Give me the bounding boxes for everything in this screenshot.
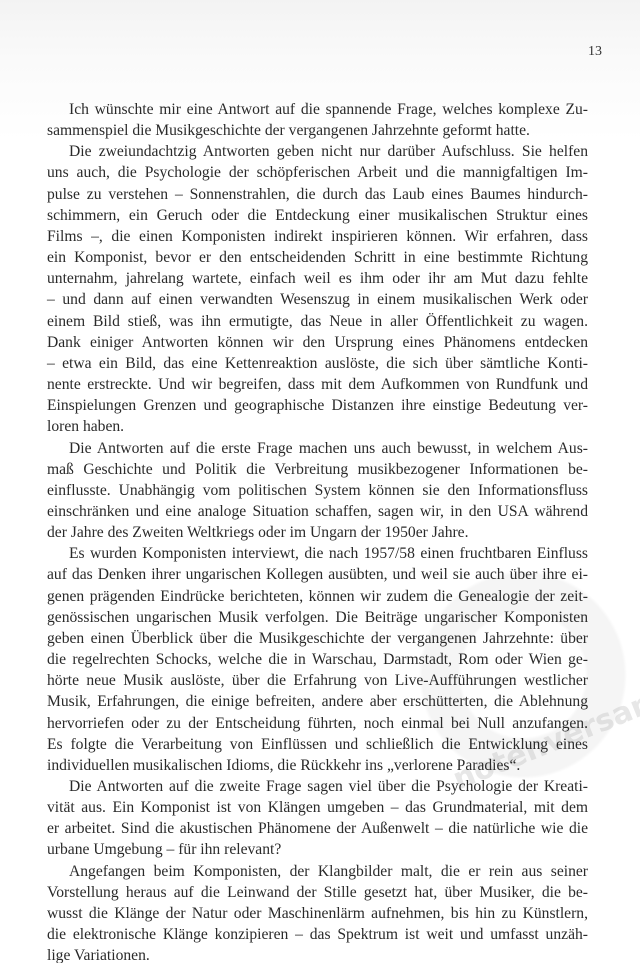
text-line: urbane Umgebung – für ihn relevant? [47,839,588,860]
text-line: einflusste. Unabhängig vom politischen S… [47,480,588,501]
text-line: auf das Denken ihrer ungarischen Kollege… [47,564,588,585]
text-line: sammenspiel die Musikgeschichte der verg… [47,120,588,141]
text-line: einem Bild stieß, was ihn ermutigte, das… [47,311,588,332]
text-line: einschränken und eine analoge Situation … [47,501,588,522]
text-line: uns auch, die Psychologie der schöpferis… [47,162,588,183]
text-line: wusst die Klänge der Natur oder Maschine… [47,903,588,924]
text-line: genössischen ungarischen Musik verfolgen… [47,607,588,628]
text-line: Es folgte die Verarbeitung von Einflüsse… [47,734,588,755]
text-line: hervorriefen oder zu der Entscheidung fü… [47,713,588,734]
text-line: genen prägenden Eindrücke berichteten, k… [47,586,588,607]
text-line: unternahm, jahrelang wartete, einfach we… [47,268,588,289]
text-line: er arbeitet. Sind die akustischen Phänom… [47,818,588,839]
text-line: maß Geschichte und Politik die Verbreitu… [47,459,588,480]
text-line: die elektronische Klänge konzipieren – d… [47,924,588,945]
text-line: individuellen musikalischen Idioms, die … [47,755,588,776]
text-line: geben einen Überblick über die Musikgesc… [47,628,588,649]
text-line: Die zweiundachtzig Antworten geben nicht… [47,141,588,162]
page-number: 13 [588,44,602,60]
text-line: Films –, die einen Komponisten indirekt … [47,226,588,247]
text-line: Die Antworten auf die zweite Frage sagen… [47,776,588,797]
text-line: die regelrechten Schocks, welche die in … [47,649,588,670]
text-line: hörte neue Musik auslöste, über die Erfa… [47,670,588,691]
text-line: Angefangen beim Komponisten, der Klangbi… [47,861,588,882]
text-line: Dank einiger Antworten können wir den Ur… [47,332,588,353]
paragraph: Die Antworten auf die zweite Frage sagen… [47,776,588,861]
book-page: notenversand 13 Ich wünschte mir eine An… [0,0,640,963]
text-line: Musik, Erfahrungen, die einige befreiten… [47,691,588,712]
text-line: ein Komponist, bevor er den entscheidend… [47,247,588,268]
text-line: Vorstellung heraus auf die Leinwand der … [47,882,588,903]
text-line: Einspielungen Grenzen und geographische … [47,395,588,416]
text-line: – und dann auf einen verwandten Wesenszu… [47,289,588,310]
text-line: der Jahre des Zweiten Weltkriegs oder im… [47,522,588,543]
text-line: vität aus. Ein Komponist ist von Klängen… [47,797,588,818]
text-line: Es wurden Komponisten interviewt, die na… [47,543,588,564]
text-line: lige Variationen. [47,945,588,963]
text-line: Die Antworten auf die erste Frage machen… [47,438,588,459]
paragraph: Die Antworten auf die erste Frage machen… [47,438,588,544]
text-line: pulse zu verstehen – Sonnenstrahlen, die… [47,184,588,205]
text-line: nente erstreckte. Und wir begreifen, das… [47,374,588,395]
paragraph: Es wurden Komponisten interviewt, die na… [47,543,588,776]
text-line: – etwa ein Bild, das eine Kettenreaktion… [47,353,588,374]
text-line: Ich wünschte mir eine Antwort auf die sp… [47,99,588,120]
text-line: loren haben. [47,416,588,437]
text-line: schimmern, ein Geruch oder die Entdeckun… [47,205,588,226]
paragraph: Die zweiundachtzig Antworten geben nicht… [47,141,588,437]
body-text: Ich wünschte mir eine Antwort auf die sp… [47,99,588,963]
paragraph: Ich wünschte mir eine Antwort auf die sp… [47,99,588,141]
paragraph: Angefangen beim Komponisten, der Klangbi… [47,861,588,963]
